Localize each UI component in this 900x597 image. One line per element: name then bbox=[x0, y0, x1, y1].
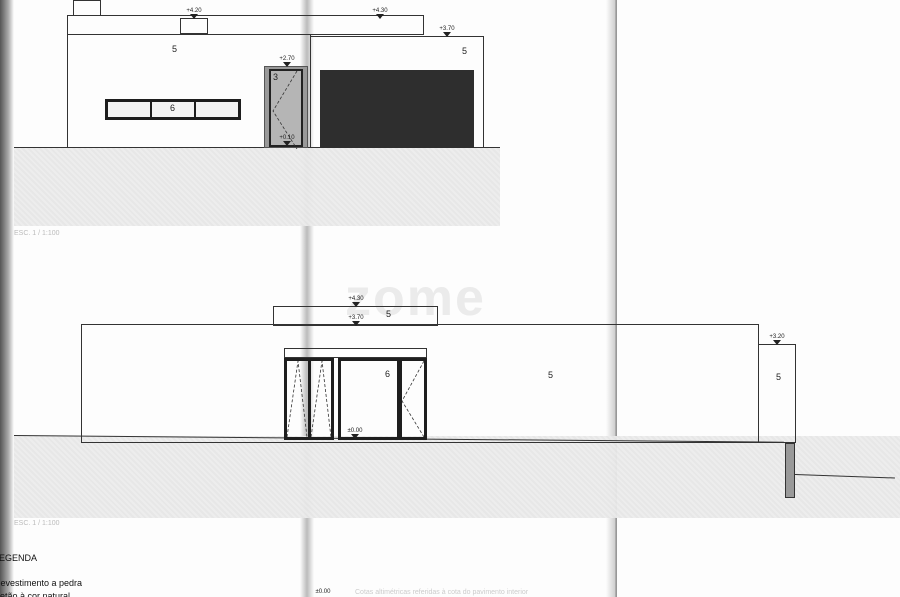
window-swing-icon bbox=[311, 361, 333, 437]
level-marker-icon bbox=[190, 14, 198, 19]
legend-item: Revestimento a pedra bbox=[0, 578, 82, 588]
legend-level: ±0.00 bbox=[308, 589, 338, 595]
level-marker-icon bbox=[443, 32, 451, 37]
level-roof-high: +4.20 bbox=[179, 8, 209, 19]
level-marker-icon bbox=[351, 434, 359, 439]
level-roof-right: +3.70 bbox=[432, 26, 462, 37]
level-top-high: +4.30 bbox=[341, 296, 371, 307]
label-main-wall: 5 bbox=[548, 370, 553, 380]
level-marker-icon bbox=[283, 62, 291, 67]
ground-fill bbox=[14, 148, 500, 226]
window-strip: 6 bbox=[105, 99, 241, 120]
level-marker-icon bbox=[376, 14, 384, 19]
level-marker-icon bbox=[773, 340, 781, 345]
level-parapet-mid: +4.30 bbox=[365, 8, 395, 19]
label-window: 6 bbox=[170, 103, 175, 113]
window-swing-icon bbox=[287, 361, 309, 437]
level-side: +3.20 bbox=[762, 334, 792, 345]
label-door: 3 bbox=[273, 72, 278, 82]
window-left bbox=[284, 358, 334, 440]
legend-item: Betão à cor natural bbox=[0, 591, 70, 597]
level-marker-icon bbox=[352, 321, 360, 326]
legend-note: Cotas altimétricas referidas à cota do p… bbox=[355, 589, 528, 596]
chimney bbox=[73, 0, 101, 16]
garage-door bbox=[320, 70, 474, 148]
level-door-base: +0.10 bbox=[272, 135, 302, 146]
scale-label-top: ESC. 1 / 1:100 bbox=[14, 230, 60, 237]
opening-canopy bbox=[284, 348, 427, 358]
label-wall-right: 5 bbox=[462, 46, 467, 56]
retaining-wall bbox=[785, 443, 795, 498]
side-wall bbox=[758, 344, 796, 443]
ground-fill bbox=[14, 436, 900, 518]
legend-title: LEGENDA bbox=[0, 553, 37, 563]
label-top-volume: 5 bbox=[386, 309, 391, 319]
level-marker-icon bbox=[352, 302, 360, 307]
label-opening: 6 bbox=[385, 369, 390, 379]
level-top-low: +3.70 bbox=[341, 315, 371, 326]
label-side-wall: 5 bbox=[776, 372, 781, 382]
door-right bbox=[399, 358, 427, 440]
level-door-top: +2.70 bbox=[272, 56, 302, 67]
scan-shadow-left bbox=[0, 0, 14, 597]
label-wall-left: 5 bbox=[172, 44, 177, 54]
level-floor: ±0.00 bbox=[340, 428, 370, 439]
scale-label-bottom: ESC. 1 / 1:100 bbox=[14, 520, 60, 527]
door-swing-icon bbox=[402, 361, 424, 437]
level-marker-icon bbox=[283, 141, 291, 146]
